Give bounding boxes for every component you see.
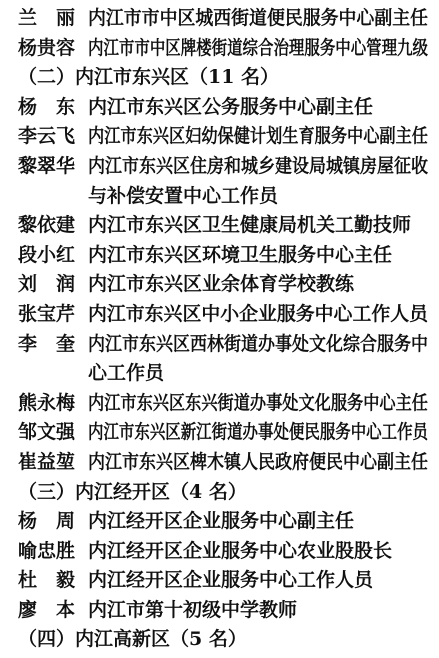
section-heading: （二）内江市东兴区（11 名） (18, 63, 428, 93)
person-name: 杨 周 (18, 507, 76, 537)
person-name: 杨贵容 (18, 34, 76, 64)
person-row: 杨 周 内江经开区企业服务中心副主任 (18, 507, 428, 537)
person-position: 内江市东兴区东兴街道办事处文化服务中心主任 (88, 389, 428, 419)
person-position: 内江市东兴区新江街道办事处便民服务中心工作员 (88, 418, 428, 448)
person-position: 内江市东兴区妇幼保健计划生育服务中心副主任 (88, 122, 428, 152)
person-row: 崔益堃 内江市东兴区椑木镇人民政府便民中心副主任 (18, 448, 428, 478)
person-name: 黎依建 (18, 211, 76, 241)
position-line: 内江经开区企业服务中心副主任 (88, 507, 428, 537)
person-row: 邹文强 内江市东兴区新江街道办事处便民服务中心工作员 (18, 418, 428, 448)
position-line: 内江市东兴区业余体育学校教练 (88, 270, 428, 300)
person-position: 内江市第十初级中学教师 (88, 596, 428, 626)
person-name: 杜 毅 (18, 566, 76, 596)
person-position: 内江市东兴区公务服务中心副主任 (88, 93, 428, 123)
section-title: （二）内江市东兴区（11 名） (18, 63, 428, 93)
person-row: 兰 丽 内江市市中区城西街道便民服务中心副主任 (18, 4, 428, 34)
person-row: 段小红 内江市东兴区环境卫生服务中心主任 (18, 241, 428, 271)
person-position: 内江市东兴区卫生健康局机关工勤技师 (88, 211, 428, 241)
person-position: 内江经开区企业服务中心工作人员 (88, 566, 428, 596)
person-row: 杨 东 内江市东兴区公务服务中心副主任 (18, 93, 428, 123)
person-row: 廖 本 内江市第十初级中学教师 (18, 596, 428, 626)
person-name: 张宝芹 (18, 300, 76, 330)
position-line: 内江市东兴区环境卫生服务中心主任 (88, 241, 428, 271)
person-position: 内江市东兴区住房和城乡建设局城镇房屋征收 与补偿安置中心工作员 (88, 152, 428, 211)
person-name: 杨 东 (18, 93, 76, 123)
position-line: 内江经开区企业服务中心农业股股长 (88, 537, 428, 567)
person-row: 熊永梅 内江市东兴区东兴街道办事处文化服务中心主任 (18, 389, 428, 419)
position-line: 内江市东兴区东兴街道办事处文化服务中心主任 (88, 389, 378, 419)
person-position: 内江市东兴区中小企业服务中心工作人员 (88, 300, 428, 330)
position-line: 内江市东兴区住房和城乡建设局城镇房屋征收 (88, 152, 392, 182)
position-line: 与补偿安置中心工作员 (88, 182, 428, 212)
person-row: 黎翠华 内江市东兴区住房和城乡建设局城镇房屋征收 与补偿安置中心工作员 (18, 152, 428, 211)
position-line: 内江市东兴区公务服务中心副主任 (88, 93, 428, 123)
person-position: 内江经开区企业服务中心农业股股长 (88, 537, 428, 567)
position-line: 内江市东兴区新江街道办事处便民服务中心工作员 (88, 418, 365, 448)
person-name: 喻忠胜 (18, 537, 76, 567)
person-position: 内江经开区企业服务中心副主任 (88, 507, 428, 537)
person-position: 内江市东兴区业余体育学校教练 (88, 270, 428, 300)
person-position: 内江市市中区城西街道便民服务中心副主任 (88, 4, 428, 34)
person-name: 廖 本 (18, 596, 76, 626)
person-row: 李云飞 内江市东兴区妇幼保健计划生育服务中心副主任 (18, 122, 428, 152)
person-row: 喻忠胜 内江经开区企业服务中心农业股股长 (18, 537, 428, 567)
person-name: 李 奎 (18, 330, 76, 360)
person-name: 熊永梅 (18, 389, 76, 419)
person-row: 刘 润 内江市东兴区业余体育学校教练 (18, 270, 428, 300)
person-row: 杜 毅 内江经开区企业服务中心工作人员 (18, 566, 428, 596)
section-heading: （三）内江经开区（4 名） (18, 478, 428, 508)
position-line: 内江经开区企业服务中心工作人员 (88, 566, 428, 596)
position-line: 内江市东兴区中小企业服务中心工作人员 (88, 300, 426, 330)
section-heading: （四）内江高新区（5 名） (18, 625, 428, 655)
person-name: 段小红 (18, 241, 76, 271)
position-line: 内江市东兴区椑木镇人民政府便民中心副主任 (88, 448, 392, 478)
person-row: 李 奎 内江市东兴区西林街道办事处文化综合服务中 心工作员 (18, 330, 428, 389)
position-line: 内江市市中区牌楼街道综合治理服务中心管理九级 (88, 34, 365, 64)
person-row: 张宝芹 内江市东兴区中小企业服务中心工作人员 (18, 300, 428, 330)
person-position: 内江市东兴区西林街道办事处文化综合服务中 心工作员 (88, 330, 428, 389)
person-name: 刘 润 (18, 270, 76, 300)
person-name: 崔益堃 (18, 448, 76, 478)
person-row: 黎依建 内江市东兴区卫生健康局机关工勤技师 (18, 211, 428, 241)
person-row: 杨贵容 内江市市中区牌楼街道综合治理服务中心管理九级 (18, 34, 428, 64)
person-position: 内江市东兴区环境卫生服务中心主任 (88, 241, 428, 271)
person-position: 内江市市中区牌楼街道综合治理服务中心管理九级 (88, 34, 428, 64)
person-name: 黎翠华 (18, 152, 76, 182)
person-name: 兰 丽 (18, 4, 76, 34)
person-name: 李云飞 (18, 122, 76, 152)
person-name: 邹文强 (18, 418, 76, 448)
section-title: （三）内江经开区（4 名） (18, 478, 428, 508)
section-title: （四）内江高新区（5 名） (18, 625, 428, 655)
document-page: 兰 丽 内江市市中区城西街道便民服务中心副主任 杨贵容 内江市市中区牌楼街道综合… (0, 0, 439, 658)
position-line: 内江市东兴区西林街道办事处文化综合服务中 (88, 330, 392, 360)
position-line: 内江市东兴区妇幼保健计划生育服务中心副主任 (88, 122, 378, 152)
person-position: 内江市东兴区椑木镇人民政府便民中心副主任 (88, 448, 428, 478)
position-line: 内江市市中区城西街道便民服务中心副主任 (88, 4, 408, 34)
position-line: 心工作员 (88, 359, 428, 389)
position-line: 内江市东兴区卫生健康局机关工勤技师 (88, 211, 428, 241)
position-line: 内江市第十初级中学教师 (88, 596, 428, 626)
